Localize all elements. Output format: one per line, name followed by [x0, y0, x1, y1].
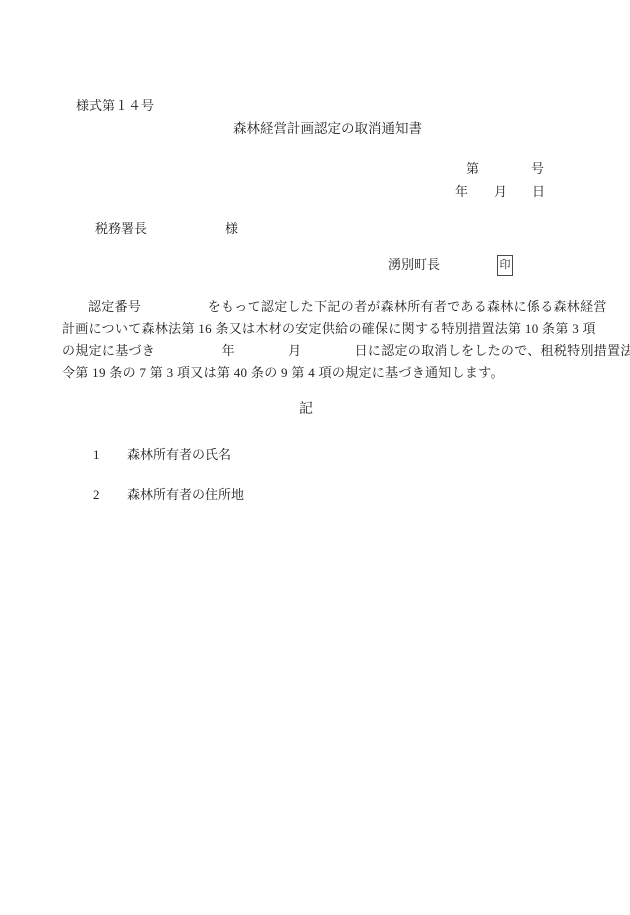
item-label: 森林所有者の住所地: [127, 486, 244, 503]
item-number: 2: [93, 486, 100, 503]
body-line: 計画について森林法第 16 条又は木材の安定供給の確保に関する特別措置法第 10…: [62, 318, 567, 340]
recipient-honorific: 様: [225, 221, 238, 237]
date-month-label: 月: [494, 184, 507, 200]
body-line: の規定に基づき 年 月 日に認定の取消しをしたので、租税特別措置法施行: [62, 340, 567, 362]
body-paragraph: 認定番号 をもって認定した下記の者が森林所有者である森林に係る森林経営 計画につ…: [62, 296, 567, 384]
recipient-title: 税務署長: [95, 221, 147, 237]
item-number: 1: [93, 446, 100, 463]
body-line: 認定番号 をもって認定した下記の者が森林所有者である森林に係る森林経営: [62, 296, 567, 318]
body-line: 令第 19 条の 7 第 3 項又は第 40 条の 9 第 4 項の規定に基づき…: [62, 362, 567, 384]
doc-number-suffix-label: 号: [531, 161, 544, 177]
doc-number-prefix-label: 第: [466, 161, 479, 177]
seal-placeholder: 印: [497, 255, 513, 276]
document-page: 様式第１４号 森林経営計画認定の取消通知書 第 号 年 月 日 税務署長 様 湧…: [0, 0, 630, 915]
item-label: 森林所有者の氏名: [127, 446, 231, 463]
issuer-title: 湧別町長: [388, 257, 440, 273]
date-day-label: 日: [532, 184, 545, 200]
form-number: 様式第１４号: [76, 98, 154, 114]
date-year-label: 年: [455, 184, 468, 200]
ki-heading: 記: [299, 402, 313, 418]
document-title: 森林経営計画認定の取消通知書: [233, 121, 422, 137]
